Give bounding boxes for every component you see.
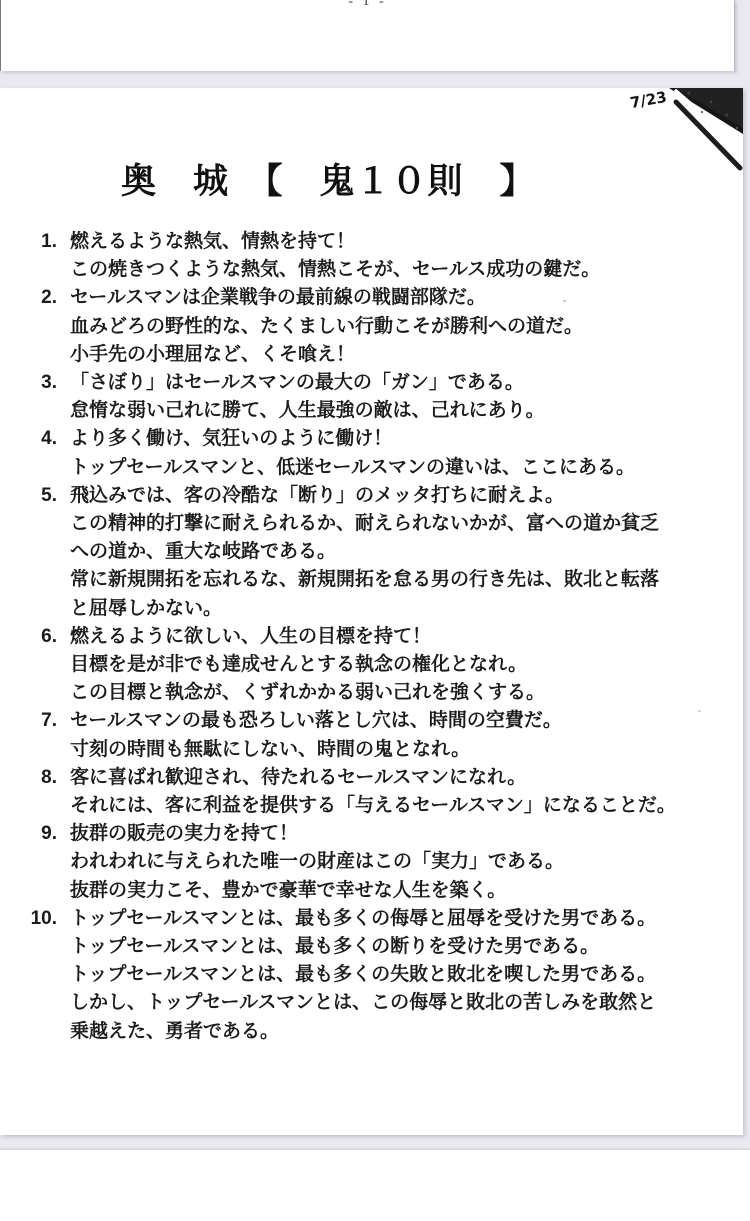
rule-line: 目標を是が非でも達成せんとする執念の権化となれ。 (70, 651, 655, 679)
rule-number: 2. (0, 284, 70, 312)
rule-number: 3. (0, 369, 70, 397)
rule-line: トップセールスマンとは、最も多くの断りを受けた男である。 (70, 933, 655, 961)
rule-line: 飛込みでは、客の冷酷な「断り」のメッタ打ちに耐えよ。 (70, 482, 655, 510)
corner-scan-artifact (655, 88, 743, 173)
rule-number: 7. (0, 707, 70, 735)
rule-item: 1. 燃えるような熱気、情熱を持て！ この焼きつくような熱気、情熱こそが、セール… (0, 228, 680, 284)
scanned-document-viewer: - 1 - 7/23 奥 城 【 鬼１０則 】 1. (0, 0, 750, 1221)
rule-text: トップセールスマンとは、最も多くの侮辱と屈辱を受けた男である。 トップセールスマ… (70, 905, 655, 1046)
rule-item: 2. セールスマンは企業戦争の最前線の戦闘部隊だ。 血みどろの野性的な、たくまし… (0, 284, 680, 369)
previous-page: - 1 - (0, 0, 735, 71)
rule-line: 「さぼり」はセールスマンの最大の「ガン」である。 (70, 369, 655, 397)
rule-line: トップセールスマンと、低迷セールスマンの違いは、ここにある。 (70, 454, 655, 482)
rule-line: 抜群の実力こそ、豊かで豪華で幸せな人生を築く。 (70, 877, 655, 905)
rule-line: より多く働け、気狂いのように働け！ (70, 425, 655, 453)
rule-number: 6. (0, 623, 70, 651)
rule-number: 4. (0, 425, 70, 453)
rule-number: 8. (0, 764, 70, 792)
rule-text: 「さぼり」はセールスマンの最大の「ガン」である。 怠惰な弱い己れに勝て、人生最強… (70, 369, 655, 425)
rule-line: トップセールスマンとは、最も多くの失敗と敗北を喫した男である。 (70, 961, 655, 989)
rule-item: 10. トップセールスマンとは、最も多くの侮辱と屈辱を受けた男である。 トップセ… (0, 905, 680, 1046)
rule-line: この精神的打撃に耐えられるか、耐えられないかが、富への道か貧乏 (70, 510, 655, 538)
rule-text: 飛込みでは、客の冷酷な「断り」のメッタ打ちに耐えよ。 この精神的打撃に耐えられる… (70, 482, 655, 623)
rule-number: 10. (0, 905, 70, 933)
rule-number: 9. (0, 820, 70, 848)
document-page: 7/23 奥 城 【 鬼１０則 】 1. 燃えるような熱気、情熱を持て！ この焼… (0, 88, 743, 1135)
rule-line: この目標と執念が、くずれかかる弱い己れを強くする。 (70, 679, 655, 707)
rule-line: と屈辱しかない。 (70, 595, 655, 623)
rule-item: 4. より多く働け、気狂いのように働け！ トップセールスマンと、低迷セールスマン… (0, 425, 680, 481)
rule-line: セールスマンの最も恐ろしい落とし穴は、時間の空費だ。 (70, 707, 655, 735)
rule-line: 血みどろの野性的な、たくましい行動こそが勝利への道だ。 (70, 313, 655, 341)
rule-item: 7. セールスマンの最も恐ろしい落とし穴は、時間の空費だ。 寸刻の時間も無駄にし… (0, 707, 680, 763)
rule-text: より多く働け、気狂いのように働け！ トップセールスマンと、低迷セールスマンの違い… (70, 425, 655, 481)
rule-line: この焼きつくような熱気、情熱こそが、セールス成功の鍵だ。 (70, 256, 655, 284)
rule-text: セールスマンは企業戦争の最前線の戦闘部隊だ。 血みどろの野性的な、たくましい行動… (70, 284, 655, 369)
rule-item: 6. 燃えるように欲しい、人生の目標を持て！ 目標を是が非でも達成せんとする執念… (0, 623, 680, 708)
rule-number: 5. (0, 482, 70, 510)
rules-list: 1. 燃えるような熱気、情熱を持て！ この焼きつくような熱気、情熱こそが、セール… (0, 228, 680, 1046)
rule-line: しかし、トップセールスマンとは、この侮辱と敗北の苦しみを敢然と (70, 989, 655, 1017)
rule-line: 客に喜ばれ歓迎され、待たれるセールスマンになれ。 (70, 764, 655, 792)
rule-item: 9. 抜群の販売の実力を持て！ われわれに与えられた唯一の財産はこの「実力」であ… (0, 820, 680, 905)
rule-text: 燃えるように欲しい、人生の目標を持て！ 目標を是が非でも達成せんとする執念の権化… (70, 623, 655, 708)
rule-line: 常に新規開拓を忘れるな、新規開拓を怠る男の行き先は、敗北と転落 (70, 566, 655, 594)
rule-line: それには、客に利益を提供する「与えるセールスマン」になることだ。 (70, 792, 655, 820)
rule-item: 8. 客に喜ばれ歓迎され、待たれるセールスマンになれ。 それには、客に利益を提供… (0, 764, 680, 820)
rule-line: 小手先の小理屈など、くそ喰え！ (70, 341, 655, 369)
rule-number: 1. (0, 228, 70, 256)
rule-item: 3. 「さぼり」はセールスマンの最大の「ガン」である。 怠惰な弱い己れに勝て、人… (0, 369, 680, 425)
rule-line: われわれに与えられた唯一の財産はこの「実力」である。 (70, 848, 655, 876)
rule-line: 寸刻の時間も無駄にしない、時間の鬼となれ。 (70, 736, 655, 764)
scan-speck (698, 710, 701, 712)
rule-item: 5. 飛込みでは、客の冷酷な「断り」のメッタ打ちに耐えよ。 この精神的打撃に耐え… (0, 482, 680, 623)
next-page (0, 1150, 750, 1221)
rule-text: セールスマンの最も恐ろしい落とし穴は、時間の空費だ。 寸刻の時間も無駄にしない、… (70, 707, 655, 763)
rule-line: への道か、重大な岐路である。 (70, 538, 655, 566)
rule-text: 燃えるような熱気、情熱を持て！ この焼きつくような熱気、情熱こそが、セールス成功… (70, 228, 655, 284)
rule-line: セールスマンは企業戦争の最前線の戦闘部隊だ。 (70, 284, 655, 312)
rule-line: トップセールスマンとは、最も多くの侮辱と屈辱を受けた男である。 (70, 905, 655, 933)
rule-line: 乗越えた、勇者である。 (70, 1018, 655, 1046)
rule-line: 怠惰な弱い己れに勝て、人生最強の敵は、己れにあり。 (70, 397, 655, 425)
rule-line: 抜群の販売の実力を持て！ (70, 820, 655, 848)
rule-text: 客に喜ばれ歓迎され、待たれるセールスマンになれ。 それには、客に利益を提供する「… (70, 764, 655, 820)
document-title: 奥 城 【 鬼１０則 】 (121, 154, 536, 204)
rule-line: 燃えるような熱気、情熱を持て！ (70, 228, 655, 256)
rule-text: 抜群の販売の実力を持て！ われわれに与えられた唯一の財産はこの「実力」である。 … (70, 820, 655, 905)
page-number-footer: - 1 - (1, 0, 734, 10)
rule-line: 燃えるように欲しい、人生の目標を持て！ (70, 623, 655, 651)
